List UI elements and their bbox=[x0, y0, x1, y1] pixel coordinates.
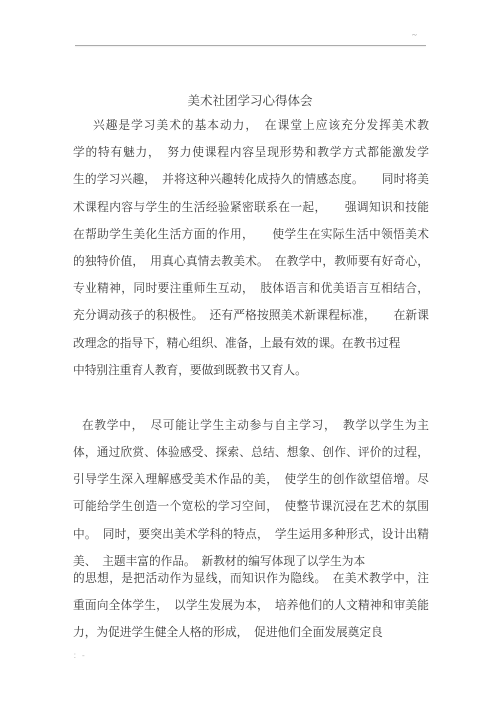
text-line: 重面向全体学生， 以学生发展为本， 培养他们的人文精神和审美能 bbox=[73, 592, 429, 619]
paragraph-3: 的思想，是把活动作为显线，而知识作为隐线。 在美术教学中，注重面向全体学生， 以… bbox=[73, 565, 429, 647]
document-body: 兴趣是学习美术的基本动力， 在课堂上应该充分发挥美术教学的特有魅力， 努力使课程… bbox=[73, 112, 429, 647]
text-line: 生的学习兴趣， 并将这种兴趣转化成持久的情感态度。 同时将美 bbox=[73, 166, 429, 193]
document-page: ~ 美术社团学习心得体会 兴趣是学习美术的基本动力， 在课堂上应该充分发挥美术教… bbox=[0, 0, 500, 708]
text-line: 术课程内容与学生的生活经验紧密联系在一起， 强调知识和技能 bbox=[73, 194, 429, 221]
page-title: 美术社团学习心得体会 bbox=[0, 94, 500, 108]
text-line: 学的特有魅力， 努力使课程内容呈现形势和教学方式都能激发学 bbox=[73, 139, 429, 166]
text-line: 充分调动孩子的积极性。 还有严格按照美术新课程标准， 在新课 bbox=[73, 302, 429, 329]
text-line: 的独特价值， 用真心真情去教美术。 在教学中，教师要有好奇心， bbox=[73, 248, 429, 275]
text-line: 力，为促进学生健全人格的形成， 促进他们全面发展奠定良 bbox=[73, 619, 429, 646]
text-line: 中特别注重育人教育，要做到既教书又育人。 bbox=[73, 357, 429, 384]
text-line: 兴趣是学习美术的基本动力， 在课堂上应该充分发挥美术教 bbox=[73, 112, 429, 139]
paragraph-2: 在教学中， 尽可能让学生主动参与自主学习， 教学以学生为主体，通过欣赏、体验感受… bbox=[73, 412, 429, 575]
footer-mark: ：- bbox=[73, 651, 86, 660]
text-line: 在教学中， 尽可能让学生主动参与自主学习， 教学以学生为主 bbox=[73, 412, 429, 439]
text-line: 引导学生深入理解感受美术作品的美， 使学生的创作欲望倍增。尽 bbox=[73, 466, 429, 493]
text-line: 专业精神，同时要注重师生互动， 肢体语言和优美语言互相结合， bbox=[73, 275, 429, 302]
header-corner-mark: ~ bbox=[412, 31, 418, 40]
text-line: 可能给学生创造一个宽松的学习空间， 使整节课沉浸在艺术的氛围 bbox=[73, 493, 429, 520]
text-line: 改理念的指导下，精心组织、准备，上最有效的课。在教书过程 bbox=[73, 330, 429, 357]
paragraph-1: 兴趣是学习美术的基本动力， 在课堂上应该充分发挥美术教学的特有魅力， 努力使课程… bbox=[73, 112, 429, 384]
text-line: 的思想，是把活动作为显线，而知识作为隐线。 在美术教学中，注 bbox=[73, 565, 429, 592]
text-line: 体，通过欣赏、体验感受、探索、总结、想象、创作、评价的过程， bbox=[73, 439, 429, 466]
text-line: 中。 同时，要突出美术学科的特点， 学生运用多种形式，设计出精 bbox=[73, 521, 429, 548]
text-line: 在帮助学生美化生活方面的作用， 使学生在实际生活中领悟美术 bbox=[73, 221, 429, 248]
header-rule bbox=[75, 45, 426, 46]
